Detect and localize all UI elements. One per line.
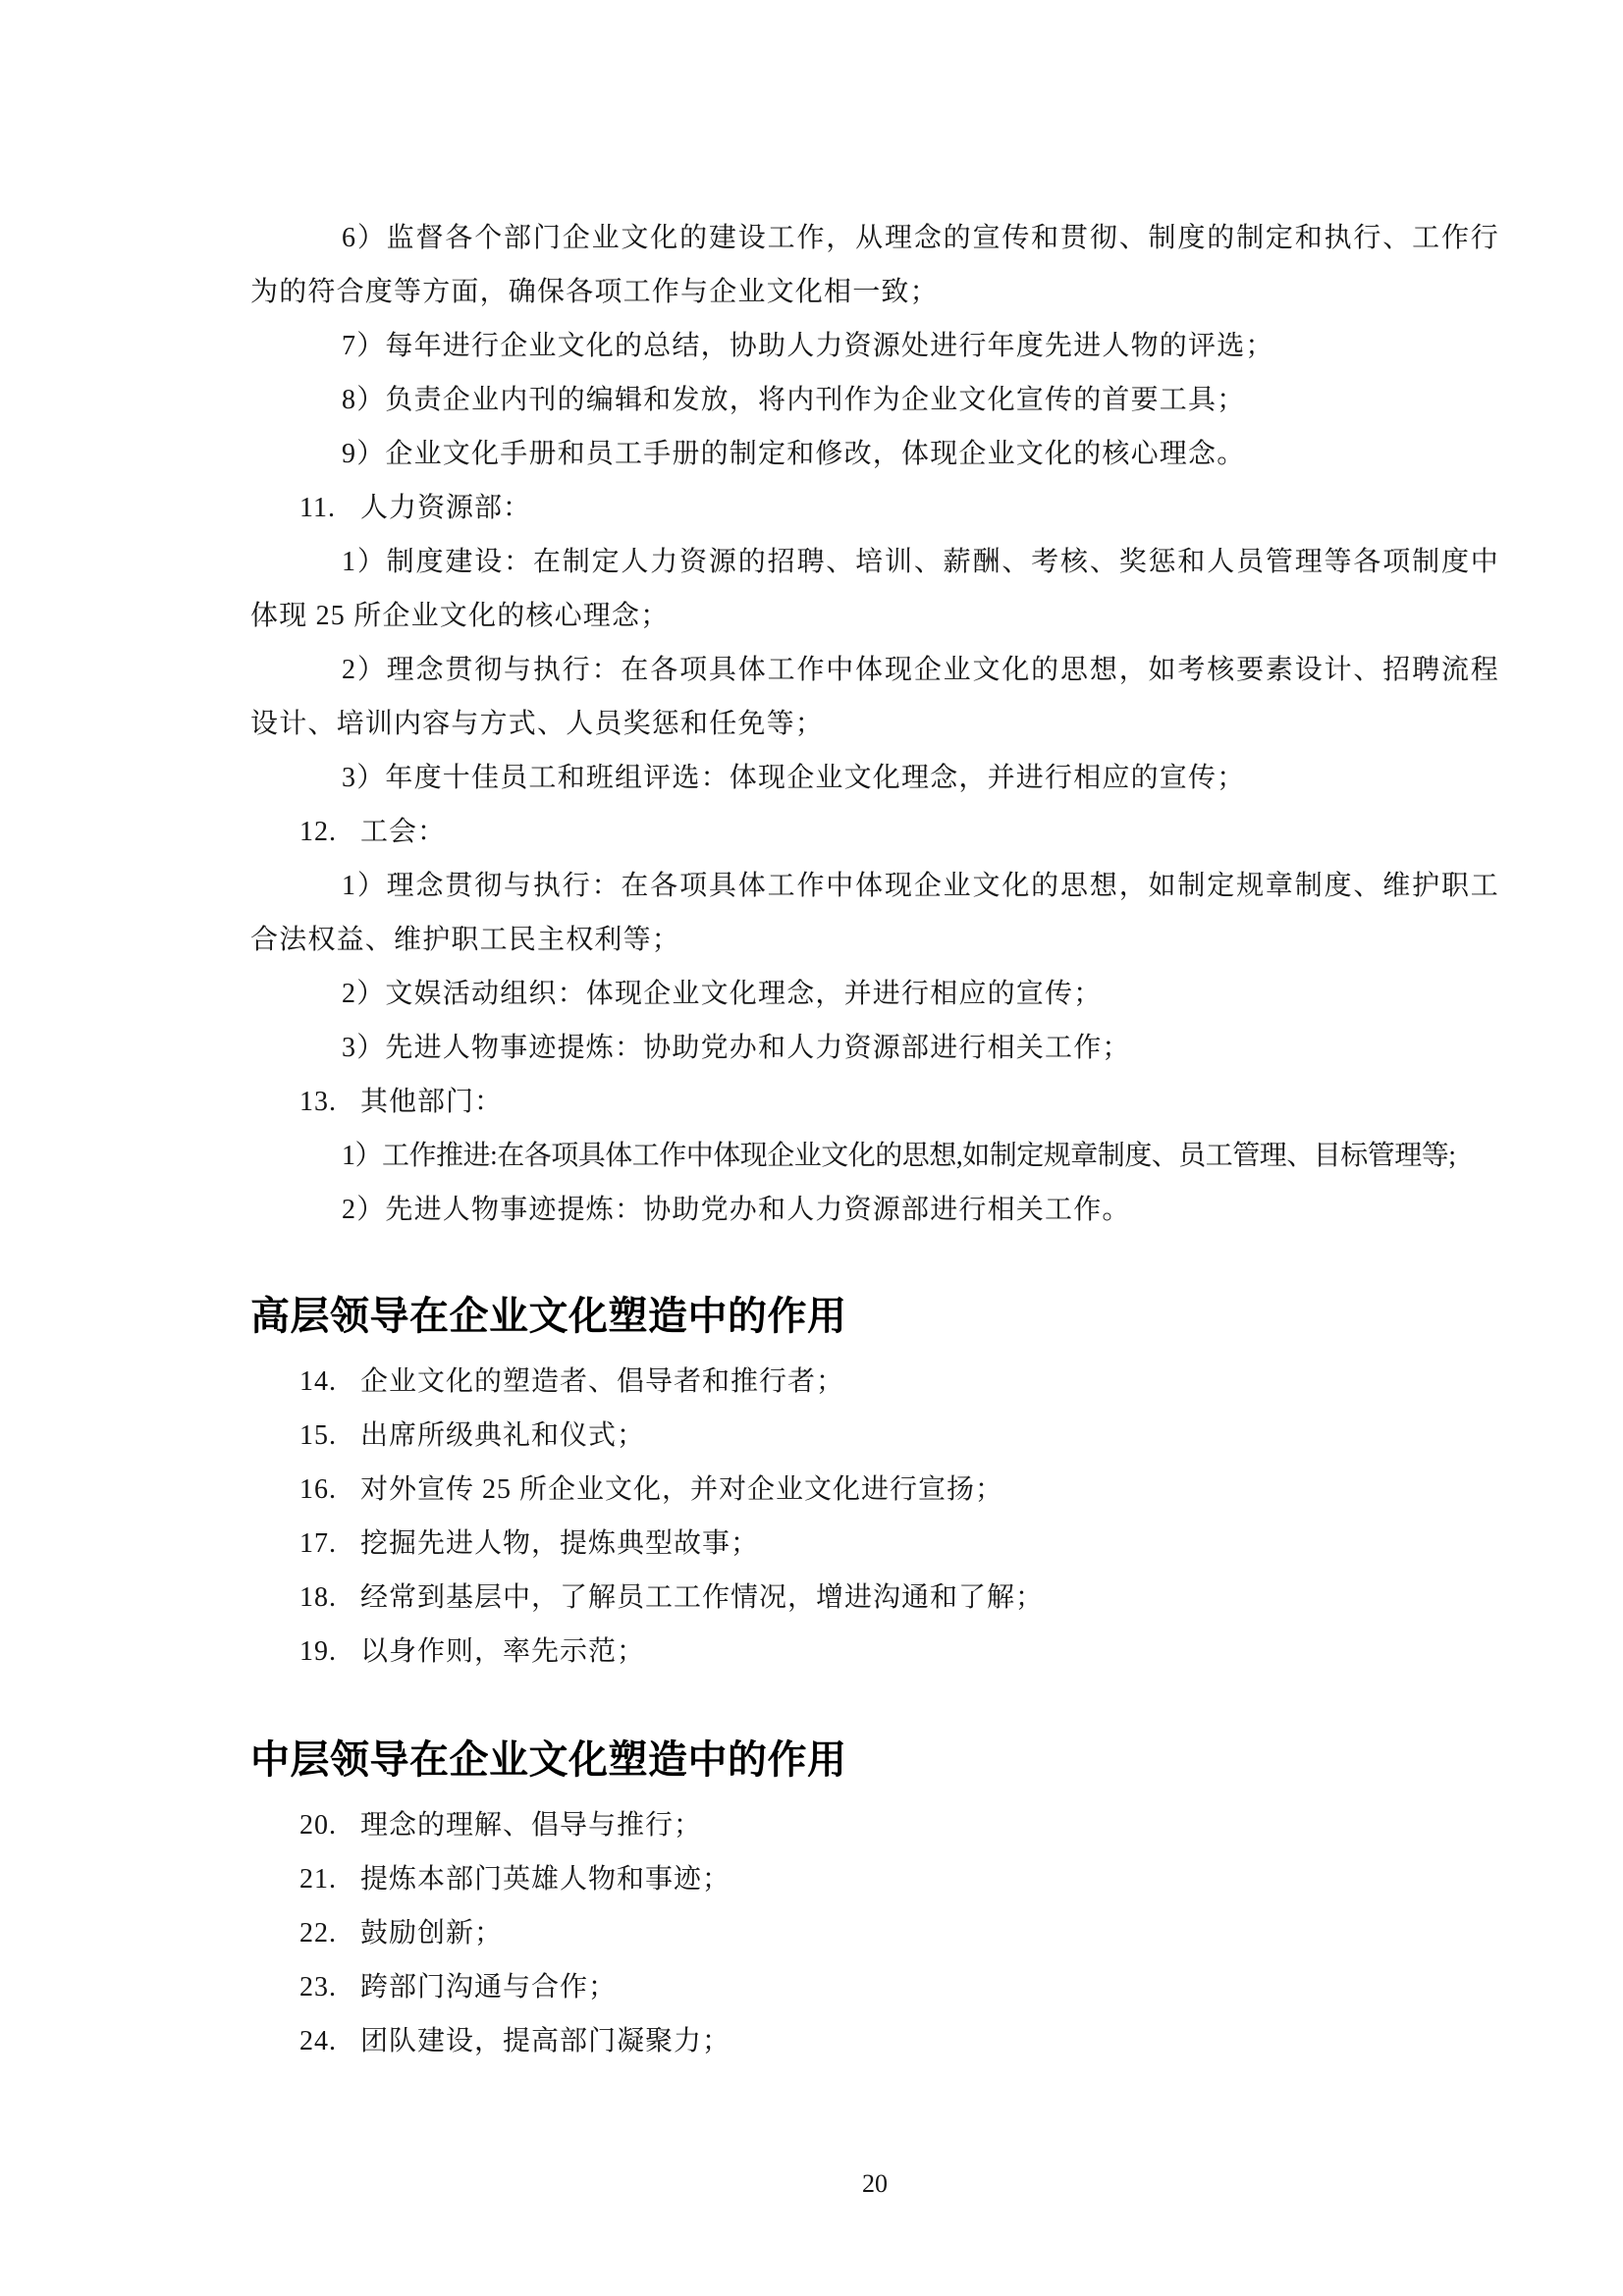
list-item-17: 17.挖掘先进人物，提炼典型故事； <box>299 1517 1499 1571</box>
list-item-text: 跨部门沟通与合作； <box>360 1972 617 2002</box>
list-item-15: 15.出席所级典礼和仪式； <box>299 1409 1499 1463</box>
page-number: 20 <box>250 2167 1499 2201</box>
list-item-text: 人力资源部： <box>360 493 531 523</box>
list-item-text: 其他部门： <box>360 1087 503 1117</box>
list-item-number: 11. <box>299 481 360 535</box>
list-item-11: 11.人力资源部： <box>299 481 1499 535</box>
list-item-number: 13. <box>299 1075 360 1129</box>
list-item-19: 19.以身作则，率先示范； <box>299 1625 1499 1679</box>
list-item-number: 23. <box>299 1960 360 2014</box>
paragraph-hr-subitem-3: 3）年度十佳员工和班组评选：体现企业文化理念，并进行相应的宣传； <box>250 751 1499 805</box>
paragraph-subitem-6: 6）监督各个部门企业文化的建设工作，从理念的宣传和贯彻、制度的制定和执行、工作行… <box>250 211 1499 319</box>
section-heading-middle-leaders: 中层领导在企业文化塑造中的作用 <box>250 1730 1499 1790</box>
paragraph-hr-subitem-2: 2）理念贯彻与执行：在各项具体工作中体现企业文化的思想，如考核要素设计、招聘流程… <box>250 643 1499 751</box>
list-item-number: 24. <box>299 2014 360 2068</box>
paragraph-subitem-9: 9）企业文化手册和员工手册的制定和修改，体现企业文化的核心理念。 <box>250 427 1499 481</box>
list-item-21: 21.提炼本部门英雄人物和事迹； <box>299 1852 1499 1906</box>
list-item-text: 企业文化的塑造者、倡导者和推行者； <box>360 1366 844 1397</box>
list-item-16: 16.对外宣传 25 所企业文化，并对企业文化进行宣扬； <box>299 1463 1499 1517</box>
list-item-number: 12. <box>299 805 360 859</box>
list-item-text: 团队建设，提高部门凝聚力； <box>360 2026 730 2056</box>
paragraph-hr-subitem-1: 1）制度建设：在制定人力资源的招聘、培训、薪酬、考核、奖惩和人员管理等各项制度中… <box>250 535 1499 643</box>
list-item-number: 15. <box>299 1409 360 1463</box>
list-item-number: 21. <box>299 1852 360 1906</box>
list-item-text: 出席所级典礼和仪式； <box>360 1420 645 1451</box>
list-item-number: 22. <box>299 1906 360 1960</box>
list-item-20: 20.理念的理解、倡导与推行； <box>299 1798 1499 1852</box>
section-heading-senior-leaders: 高层领导在企业文化塑造中的作用 <box>250 1286 1499 1347</box>
list-item-text: 挖掘先进人物，提炼典型故事； <box>360 1528 759 1559</box>
list-item-13: 13.其他部门： <box>299 1075 1499 1129</box>
list-item-number: 16. <box>299 1463 360 1517</box>
list-item-text: 工会： <box>360 817 446 847</box>
list-item-23: 23.跨部门沟通与合作； <box>299 1960 1499 2014</box>
paragraph-union-subitem-1: 1）理念贯彻与执行：在各项具体工作中体现企业文化的思想，如制定规章制度、维护职工… <box>250 859 1499 967</box>
list-item-14: 14.企业文化的塑造者、倡导者和推行者； <box>299 1355 1499 1409</box>
list-item-number: 19. <box>299 1625 360 1679</box>
list-item-number: 17. <box>299 1517 360 1571</box>
list-item-text: 经常到基层中，了解员工工作情况，增进沟通和了解； <box>360 1582 1044 1613</box>
list-item-text: 鼓励创新； <box>360 1918 503 1949</box>
paragraph-subitem-7: 7）每年进行企业文化的总结，协助人力资源处进行年度先进人物的评选； <box>250 319 1499 373</box>
list-item-12: 12.工会： <box>299 805 1499 859</box>
paragraph-other-subitem-2: 2）先进人物事迹提炼：协助党办和人力资源部进行相关工作。 <box>250 1183 1499 1237</box>
paragraph-union-subitem-2: 2）文娱活动组织：体现企业文化理念，并进行相应的宣传； <box>250 967 1499 1021</box>
list-item-text: 对外宣传 25 所企业文化，并对企业文化进行宣扬； <box>360 1474 1003 1505</box>
document-page: 6）监督各个部门企业文化的建设工作，从理念的宣传和贯彻、制度的制定和执行、工作行… <box>0 0 1623 2296</box>
list-item-22: 22.鼓励创新； <box>299 1906 1499 1960</box>
list-item-number: 18. <box>299 1571 360 1625</box>
list-item-text: 提炼本部门英雄人物和事迹； <box>360 1864 730 1895</box>
paragraph-union-subitem-3: 3）先进人物事迹提炼：协助党办和人力资源部进行相关工作； <box>250 1021 1499 1075</box>
list-item-number: 14. <box>299 1355 360 1409</box>
paragraph-subitem-8: 8）负责企业内刊的编辑和发放，将内刊作为企业文化宣传的首要工具； <box>250 373 1499 427</box>
list-item-24: 24.团队建设，提高部门凝聚力； <box>299 2014 1499 2068</box>
list-item-text: 理念的理解、倡导与推行； <box>360 1810 702 1841</box>
list-item-text: 以身作则，率先示范； <box>360 1636 645 1667</box>
page-content: 6）监督各个部门企业文化的建设工作，从理念的宣传和贯彻、制度的制定和执行、工作行… <box>250 211 1499 2068</box>
list-item-number: 20. <box>299 1798 360 1852</box>
paragraph-other-subitem-1: 1）工作推进:在各项具体工作中体现企业文化的思想,如制定规章制度、员工管理、目标… <box>250 1129 1499 1183</box>
list-item-18: 18.经常到基层中，了解员工工作情况，增进沟通和了解； <box>299 1571 1499 1625</box>
